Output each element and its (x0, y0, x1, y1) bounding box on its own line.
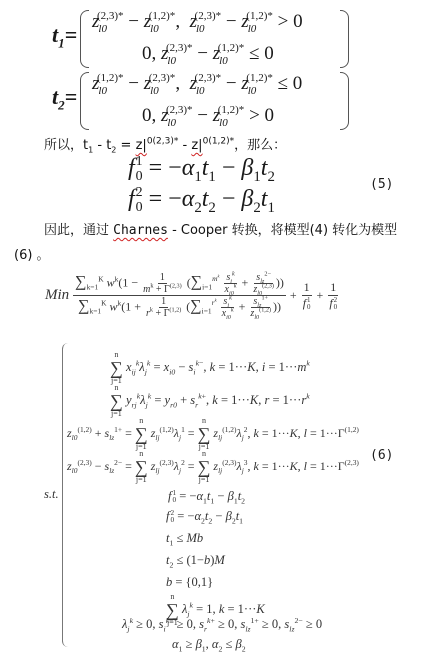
z-term-2-sup: (1,2)* (208, 137, 234, 147)
subject-to-label: s.t. (44, 487, 59, 502)
paragraph-model-6: (6) 。 (14, 244, 50, 263)
objective-denominator: ∑k=1K wk(1 + 1rk + Γ(1,2) (∑i=1rk sikxi0… (76, 296, 283, 319)
text-before: 因此，通过 (44, 223, 113, 238)
objective-fraction: ∑k=1K wk(1 − 1mk + Γ(2,3) (∑i=1mk sikxi0… (73, 272, 286, 319)
equation-number-6: (6) (370, 448, 393, 463)
equation-5-line-2: f20 = −α2t2 − β2t1 (128, 186, 275, 215)
constraint-t1-bound: t1 ≤ Mb (166, 531, 203, 546)
t1-case-1: zl0(2,3)* − zl0(1,2)*, zl0(2,3)* − zl0(1… (92, 10, 303, 35)
equation-5-line-1: f10 = −α1t1 − β1t2 (128, 155, 275, 184)
text-eq: = (116, 138, 135, 153)
constraint-input: n∑j=1 xijkλjk = xi0 − sik−, k = 1···K, i… (110, 351, 310, 385)
text-minus: - (178, 138, 191, 153)
z-term-1: z| (136, 138, 147, 153)
constraint-nonnegativity: λjk ≥ 0, sik− ≥ 0, srk+ ≥ 0, slz1+ ≥ 0, … (122, 617, 322, 632)
equation-number-5: (5) (370, 177, 393, 192)
constraint-link-23: zl0(2,3) − slz2− = n∑j=1 zlj(2,3)λj2 = n… (67, 450, 359, 484)
constraint-f02: f20 = −α2t2 − β2t1 (166, 509, 243, 525)
inverse-f02: 1f20 (327, 280, 339, 312)
constraint-brace (62, 343, 69, 647)
z-term-1-sup: (2,3)* (153, 137, 179, 147)
t1-case-2: 0, zl0(2,3)* − zl0(1,2)* ≤ 0 (142, 42, 274, 67)
constraint-output: n∑j=1 yrjkλjk = yr0 + srk+, k = 1···K, r… (110, 384, 310, 418)
constraint-f01: f10 = −α1t1 − β1t2 (168, 489, 245, 505)
min-label: Min (45, 287, 69, 303)
right-brace (340, 10, 349, 68)
objective-numerator: ∑k=1K wk(1 − 1mk + Γ(2,3) (∑i=1mk sikxi0… (73, 272, 286, 296)
right-brace (340, 72, 349, 130)
constraint-t2-bound: t2 ≤ (1−b)M (166, 553, 225, 568)
left-brace (80, 72, 89, 130)
paragraph-so-t1-minus-t2: 所以，t1 - t2 = z|0(2,3)* - z|0(1,2)*，那么： (44, 134, 286, 153)
text-prefix: 所以，t (44, 138, 88, 153)
constraint-binary-b: b = {0,1} (166, 575, 213, 590)
t2-case-2: 0, zl0(2,3)* − zl0(1,2)* > 0 (142, 104, 274, 129)
constraint-alpha-beta: α1 ≥ β1, α2 ≤ β2 (172, 637, 246, 652)
paragraph-therefore: 因此，通过 Charnes - Cooper 转换，将模型(4) 转化为模型 (44, 219, 397, 238)
objective-function: Min ∑k=1K wk(1 − 1mk + Γ(2,3) (∑i=1mk si… (45, 272, 339, 319)
text-after: - Cooper 转换，将模型(4) 转化为模型 (168, 223, 397, 238)
left-brace (80, 10, 89, 68)
t2-case-1: zl0(1,2)* − zl0(2,3)*, zl0(2,3)* − zl0(1… (92, 72, 302, 97)
t1-label: t1= (52, 22, 77, 48)
constraint-link-12: zl0(1,2) + slz1+ = n∑j=1 zlj(1,2)λj1 = n… (67, 417, 359, 451)
term-charnes: Charnes (113, 223, 168, 238)
z-term-2: z| (191, 138, 202, 153)
t2-label: t2= (52, 84, 77, 110)
text-mid: - t (93, 138, 111, 153)
inverse-f01: 1f10 (301, 280, 313, 312)
text-suffix: ，那么： (234, 138, 286, 153)
